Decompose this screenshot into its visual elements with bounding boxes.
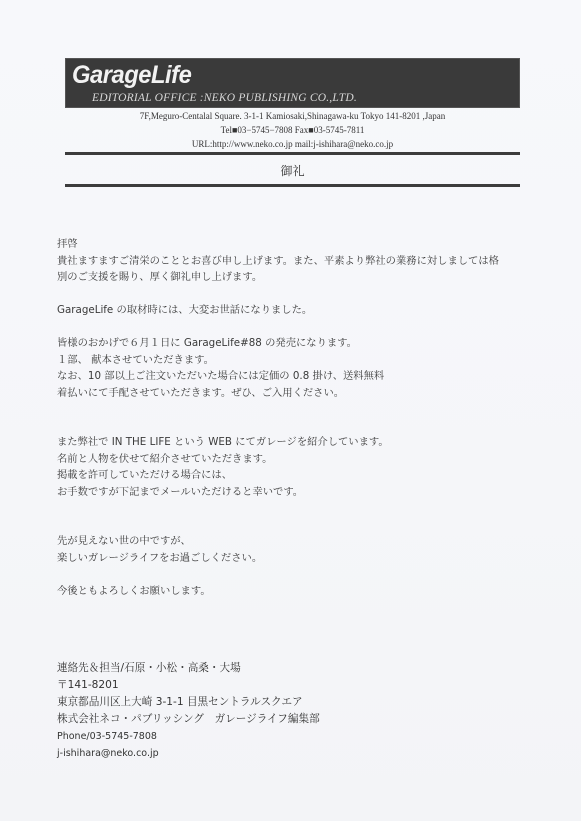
- body-line: １部、 献本させていただきます。: [57, 352, 527, 369]
- office-address: 7F,Meguro-Centalal Square. 3-1-1 Kamiosa…: [65, 111, 520, 121]
- letter-title: 御礼: [65, 162, 520, 179]
- url-mail: URL:http://www.neko.co.jp mail:j-ishihar…: [65, 139, 520, 149]
- body-line: 名前と人物を伏せて紹介させていただきます。: [57, 451, 527, 468]
- body-line: 別のご支援を賜り、厚く御礼申し上げます。: [57, 269, 527, 286]
- brand-logo: GarageLife: [72, 61, 191, 90]
- letterhead-banner: GarageLife EDITORIAL OFFICE :NEKO PUBLIS…: [65, 58, 520, 108]
- body-line: 先が見えない世の中ですが、: [57, 533, 527, 550]
- closing: 今後ともよろしくお願いします。: [57, 583, 527, 600]
- phone: Phone/03-5745-7808: [57, 728, 320, 745]
- greeting: 拝啓: [57, 236, 527, 253]
- header-rule-bottom: [65, 184, 520, 187]
- letter-body: 拝啓 貴社ますますご清栄のこととお喜び申し上げます。また、平素より弊社の業務に対…: [57, 236, 527, 599]
- body-line: なお、10 部以上ご注文いただいた場合には定価の 0.8 掛け、送料無料: [57, 368, 527, 385]
- body-line: GarageLife の取材時には、大変お世話になりました。: [57, 302, 527, 319]
- contact-block: 連絡先＆担当/石原・小松・高桑・大場 〒141-8201 東京都品川区上大崎 3…: [57, 660, 320, 762]
- header-rule-top: [65, 152, 520, 155]
- body-line: 掲載を許可していただける場合には、: [57, 467, 527, 484]
- body-line: 皆様のおかげで６月１日に GarageLife#88 の発売になります。: [57, 335, 527, 352]
- email: j-ishihara@neko.co.jp: [57, 745, 320, 762]
- body-line: 貴社ますますご清栄のこととお喜び申し上げます。また、平素より弊社の業務に対しまし…: [57, 253, 527, 270]
- contact-persons: 連絡先＆担当/石原・小松・高桑・大場: [57, 660, 320, 677]
- body-line: 楽しいガレージライフをお過ごしください。: [57, 550, 527, 567]
- body-line: 着払いにて手配させていただきます。ぜひ、ご入用ください。: [57, 385, 527, 402]
- company-name: 株式会社ネコ・パブリッシング ガレージライフ編集部: [57, 711, 320, 728]
- tel-fax: Tel■03−5745−7808 Fax■03-5745-7811: [65, 125, 520, 135]
- editorial-office-line: EDITORIAL OFFICE :NEKO PUBLISHING CO.,LT…: [92, 92, 357, 104]
- body-line: お手数ですが下記までメールいただけると幸いです。: [57, 484, 527, 501]
- postal-code: 〒141-8201: [57, 677, 320, 694]
- letter-page: GarageLife EDITORIAL OFFICE :NEKO PUBLIS…: [0, 0, 581, 821]
- contact-address: 東京都品川区上大崎 3-1-1 目黒セントラルスクエア: [57, 694, 320, 711]
- body-line: また弊社で IN THE LIFE という WEB にてガレージを紹介しています…: [57, 434, 527, 451]
